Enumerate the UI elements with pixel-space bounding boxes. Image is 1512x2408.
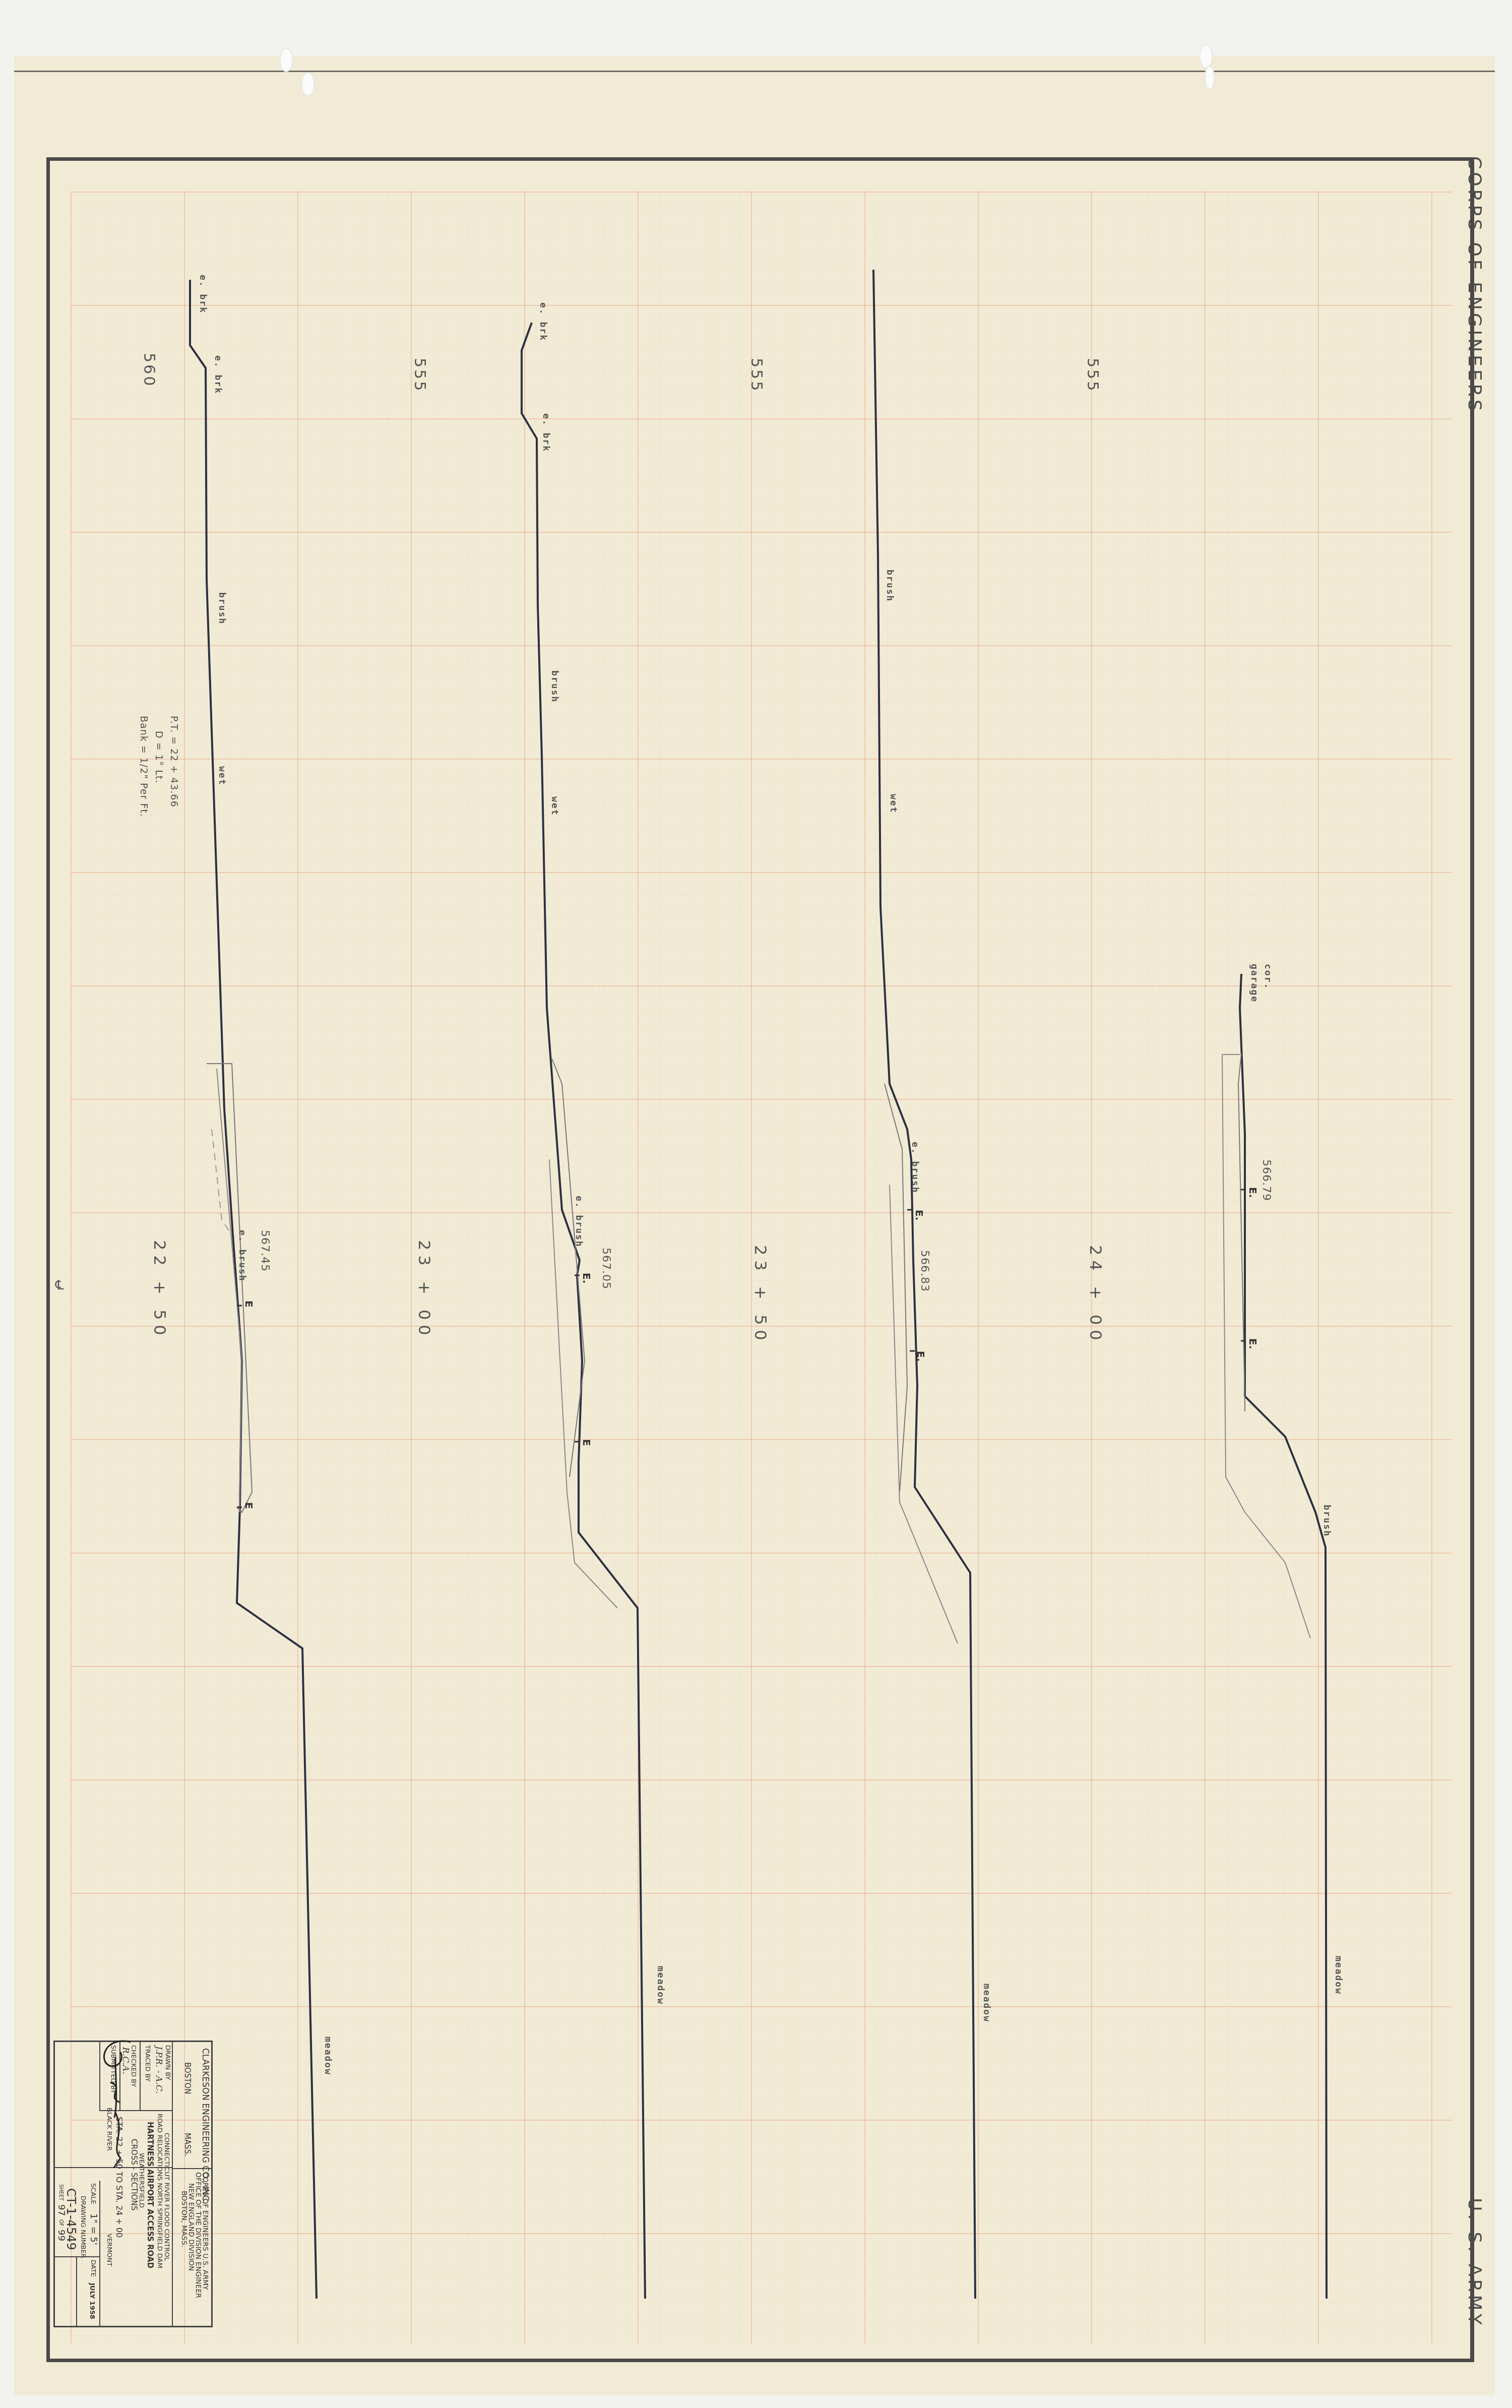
tb-agency-2: OFFICE OF THE DIVISION ENGINEER <box>194 2172 202 2298</box>
tb-divider <box>172 2042 173 2326</box>
section-22-50-profile <box>190 280 317 2299</box>
tb-scale-label: SCALE <box>89 2183 97 2204</box>
label-edge-break: e. brk <box>538 302 548 341</box>
grade-elevation: 567.05 <box>600 1248 612 1289</box>
pavement-edge-mark: E. <box>915 1351 927 1362</box>
station-label: 23 + 00 <box>415 1240 434 1340</box>
label-meadow: meadow <box>981 1984 992 2022</box>
tb-sheet-number: 97 <box>56 2204 67 2216</box>
title-block: CLARKESON ENGINEERING CO., INC. BOSTON M… <box>53 2041 213 2327</box>
tb-date-label: DATE <box>89 2260 97 2277</box>
curve-bank: Bank = 1/2" Per Ft. <box>136 716 151 817</box>
curve-data-notes: P.T. = 22 + 43.66 D = 1° Lt. Bank = 1/2"… <box>136 716 181 817</box>
tb-date: JULY 1958 <box>88 2283 96 2319</box>
tb-divider <box>55 2256 99 2257</box>
grade-elevation: 566.79 <box>1260 1159 1273 1201</box>
label-edge-break: e. brk <box>541 413 551 452</box>
station-label: 23 + 50 <box>751 1245 770 1345</box>
label-edge-brush: e. brush <box>910 1142 920 1194</box>
pavement-edge-mark: E <box>243 1301 255 1308</box>
label-garage: garage <box>1249 964 1259 1003</box>
section-23-00-profile <box>522 323 645 2299</box>
pavement-edge-mark: E. <box>1247 1338 1259 1349</box>
pavement-edge-mark: E <box>581 1439 593 1446</box>
tb-divider <box>76 2256 77 2326</box>
label-brush: brush <box>217 592 227 625</box>
tb-sheet-total: 99 <box>56 2230 67 2241</box>
label-wet: wet <box>549 796 560 816</box>
tb-agency-3: NEW ENGLAND DIVISION <box>187 2183 195 2271</box>
tb-agency-4: BOSTON, MASS. <box>180 2191 188 2247</box>
tb-project-1: CONNECTICUT RIVER FLOOD CONTROL <box>163 2133 170 2261</box>
pavement-edge-mark: E. <box>1247 1187 1259 1198</box>
section-24-00-profile <box>1222 974 1327 2299</box>
elevation-label: 555 <box>747 358 765 393</box>
label-edge-break: e. brk <box>213 355 223 394</box>
tb-traced-by-label: TRACED BY <box>144 2045 151 2082</box>
label-brush: brush <box>549 670 560 703</box>
pavement-edge-mark: E. <box>913 1210 925 1220</box>
tb-river: BLACK RIVER <box>105 2108 113 2151</box>
label-corner: cor. <box>1263 964 1273 990</box>
tb-drawn-by-label: DRAWN BY <box>164 2045 171 2080</box>
curve-degree: D = 1° Lt. <box>151 716 166 817</box>
curve-pt: P.T. = 22 + 43.66 <box>166 716 181 817</box>
tb-drawing-number-label: DRAWING NUMBER <box>79 2196 87 2258</box>
grade-elevation: 567.45 <box>259 1230 271 1272</box>
elevation-label: 555 <box>411 358 428 393</box>
tb-project-6: STA. 22 + 50 TO STA. 24 + 00 <box>114 2117 124 2238</box>
label-meadow: meadow <box>323 2036 333 2075</box>
label-edge-brush: e. brush <box>574 1196 584 1248</box>
pavement-edge-mark: E <box>243 1502 255 1509</box>
label-meadow: meadow <box>1333 1956 1344 1995</box>
tb-of-label: OF <box>58 2219 64 2227</box>
centerline-icon: ℄ <box>52 1278 67 1293</box>
label-wet: wet <box>888 794 899 814</box>
tb-agency-1: CORPS OF ENGINEERS U.S. ARMY <box>201 2172 209 2290</box>
label-wet: wet <box>217 766 227 786</box>
signature <box>90 2032 136 2168</box>
tb-project-5: CROSS - SECTIONS <box>130 2139 139 2210</box>
station-label: 22 + 50 <box>150 1240 169 1340</box>
tb-sheet-label: SHEET <box>58 2184 64 2201</box>
label-brush: brush <box>885 570 895 602</box>
tb-state: MASS. <box>183 2133 192 2156</box>
grade-elevation: 566.83 <box>918 1250 931 1292</box>
pavement-edge-mark: E. <box>581 1273 593 1283</box>
tb-city: BOSTON <box>183 2062 192 2094</box>
tb-divider <box>140 2042 141 2110</box>
elevation-label: 555 <box>1084 358 1101 393</box>
tb-drawn-by: J.P.R. - A.C. <box>154 2046 164 2094</box>
tb-state-name: VERMONT <box>105 2234 113 2266</box>
tb-project-3: HARTNESS AIRPORT ACCESS ROAD <box>146 2122 155 2268</box>
tb-project-4: WEATHERSFIELD <box>138 2153 145 2208</box>
label-brush: brush <box>1321 1505 1332 1537</box>
label-meadow: meadow <box>655 1966 666 2005</box>
elevation-label: 560 <box>140 353 158 388</box>
tb-divider <box>99 2181 100 2326</box>
label-edge-break: e. brk <box>198 275 208 314</box>
tb-scale: 1" = 5' <box>88 2213 99 2245</box>
tb-project-2: ROAD RELOCATIONS NORTH SPRINGFIELD DAM <box>156 2114 163 2268</box>
station-label: 24 + 00 <box>1086 1245 1105 1345</box>
label-edge-brush: e. brush <box>237 1230 247 1282</box>
